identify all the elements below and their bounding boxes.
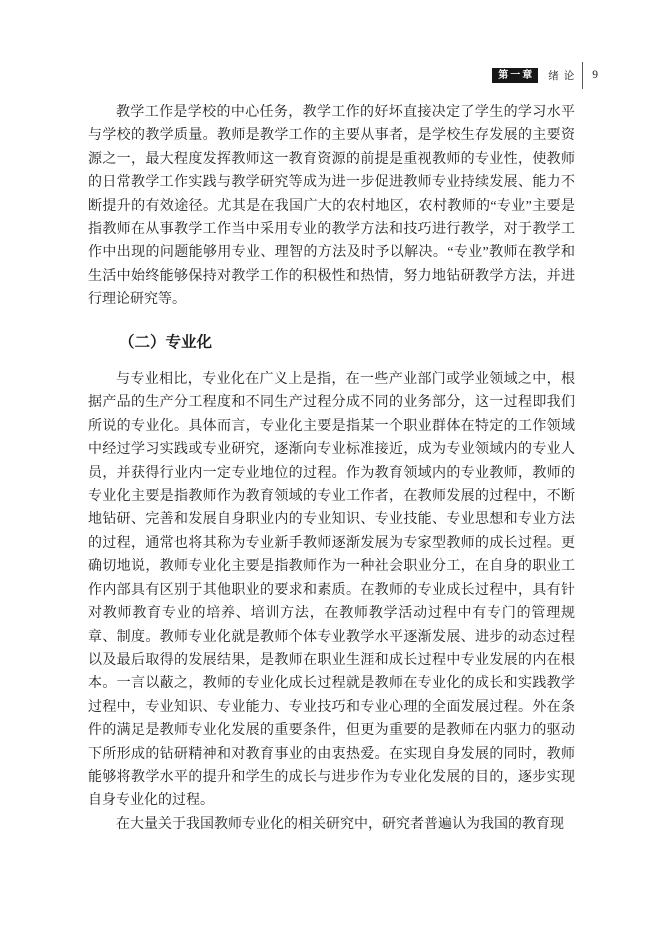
subsection-heading: （二）专业化 (88, 333, 575, 352)
paragraph-professionalization: 与专业相比，专业化在广义上是指，在一些产业部门或学业领域之中，根据产品的生产分工… (88, 368, 575, 813)
book-page: 第一章 绪论 9 教学工作是学校的中心任务，教学工作的好坏直接决定了学生的学习水… (0, 0, 661, 926)
page-number: 9 (592, 69, 598, 81)
section-title: 绪论 (548, 68, 579, 83)
chapter-badge: 第一章 (492, 68, 538, 83)
page-body: 教学工作是学校的中心任务，教学工作的好坏直接决定了学生的学习水平与学校的教学质量… (88, 101, 575, 836)
header-divider-line (582, 62, 583, 89)
page-header: 第一章 绪论 9 (492, 61, 598, 89)
paragraph-research-intro: 在大量关于我国教师专业化的相关研究中，研究者普遍认为我国的教育现 (88, 813, 575, 836)
paragraph-teaching-work: 教学工作是学校的中心任务，教学工作的好坏直接决定了学生的学习水平与学校的教学质量… (88, 101, 575, 312)
